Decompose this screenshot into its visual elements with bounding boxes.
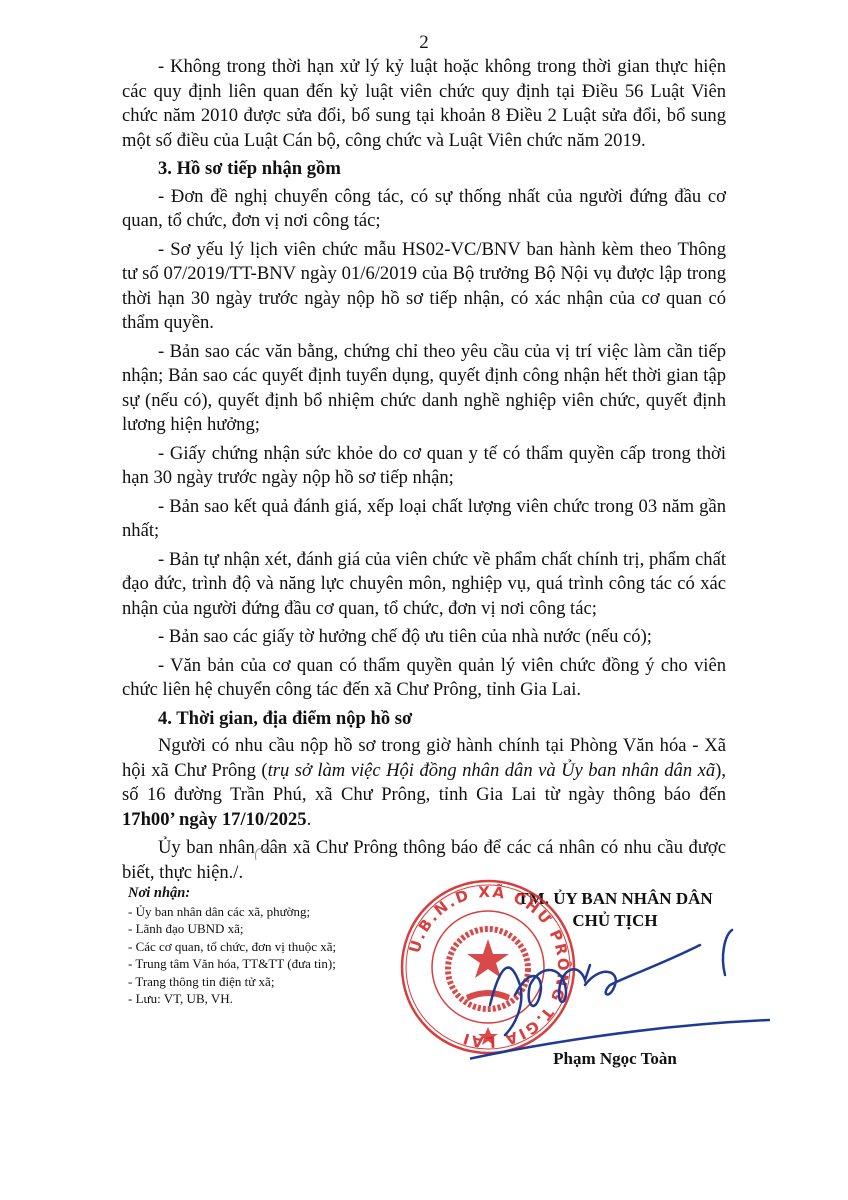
office-note: trụ sở làm việc Hội đồng nhân dân và Ủy …: [268, 760, 716, 781]
recipient-item: - Trang thông tin điện tử xã;: [128, 973, 336, 991]
document-body: - Không trong thời hạn xử lý kỷ luật hoặ…: [122, 55, 726, 889]
submission-text: .: [307, 809, 312, 830]
signer-name: Phạm Ngọc Toàn: [465, 1049, 765, 1069]
page-number: 2: [0, 32, 848, 54]
list-item: - Văn bản của cơ quan có thẩm quyền quản…: [122, 654, 726, 703]
recipient-item: - Lãnh đạo UBND xã;: [128, 920, 336, 938]
paragraph-intro: - Không trong thời hạn xử lý kỷ luật hoặ…: [122, 55, 726, 153]
handwritten-signature: [470, 925, 770, 1065]
recipient-item: - Trung tâm Văn hóa, TT&TT (đưa tin);: [128, 955, 336, 973]
recipients-title: Nơi nhận:: [128, 885, 336, 903]
initials-mark: [250, 842, 290, 862]
deadline: 17h00’ ngày 17/10/2025: [122, 809, 307, 830]
section-3-heading: 3. Hồ sơ tiếp nhận gồm: [122, 157, 726, 182]
list-item: - Bản sao các giấy tờ hưởng chế độ ưu ti…: [122, 625, 726, 650]
list-item: - Sơ yếu lý lịch viên chức mẫu HS02-VC/B…: [122, 238, 726, 336]
recipients-block: Nơi nhận: - Ủy ban nhân dân các xã, phườ…: [128, 885, 336, 1008]
recipient-item: - Lưu: VT, UB, VH.: [128, 990, 336, 1008]
list-item: - Bản sao kết quả đánh giá, xếp loại chấ…: [122, 495, 726, 544]
submission-paragraph: Người có nhu cầu nộp hồ sơ trong giờ hàn…: [122, 734, 726, 832]
list-item: - Bản tự nhận xét, đánh giá của viên chứ…: [122, 548, 726, 622]
list-item: - Giấy chứng nhận sức khỏe do cơ quan y …: [122, 442, 726, 491]
list-item: - Bản sao các văn bằng, chứng chỉ theo y…: [122, 340, 726, 438]
list-item: - Đơn đề nghị chuyển công tác, có sự thố…: [122, 185, 726, 234]
recipient-item: - Các cơ quan, tổ chức, đơn vị thuộc xã;: [128, 938, 336, 956]
section-4-heading: 4. Thời gian, địa điểm nộp hồ sơ: [122, 707, 726, 732]
recipient-item: - Ủy ban nhân dân các xã, phường;: [128, 903, 336, 921]
